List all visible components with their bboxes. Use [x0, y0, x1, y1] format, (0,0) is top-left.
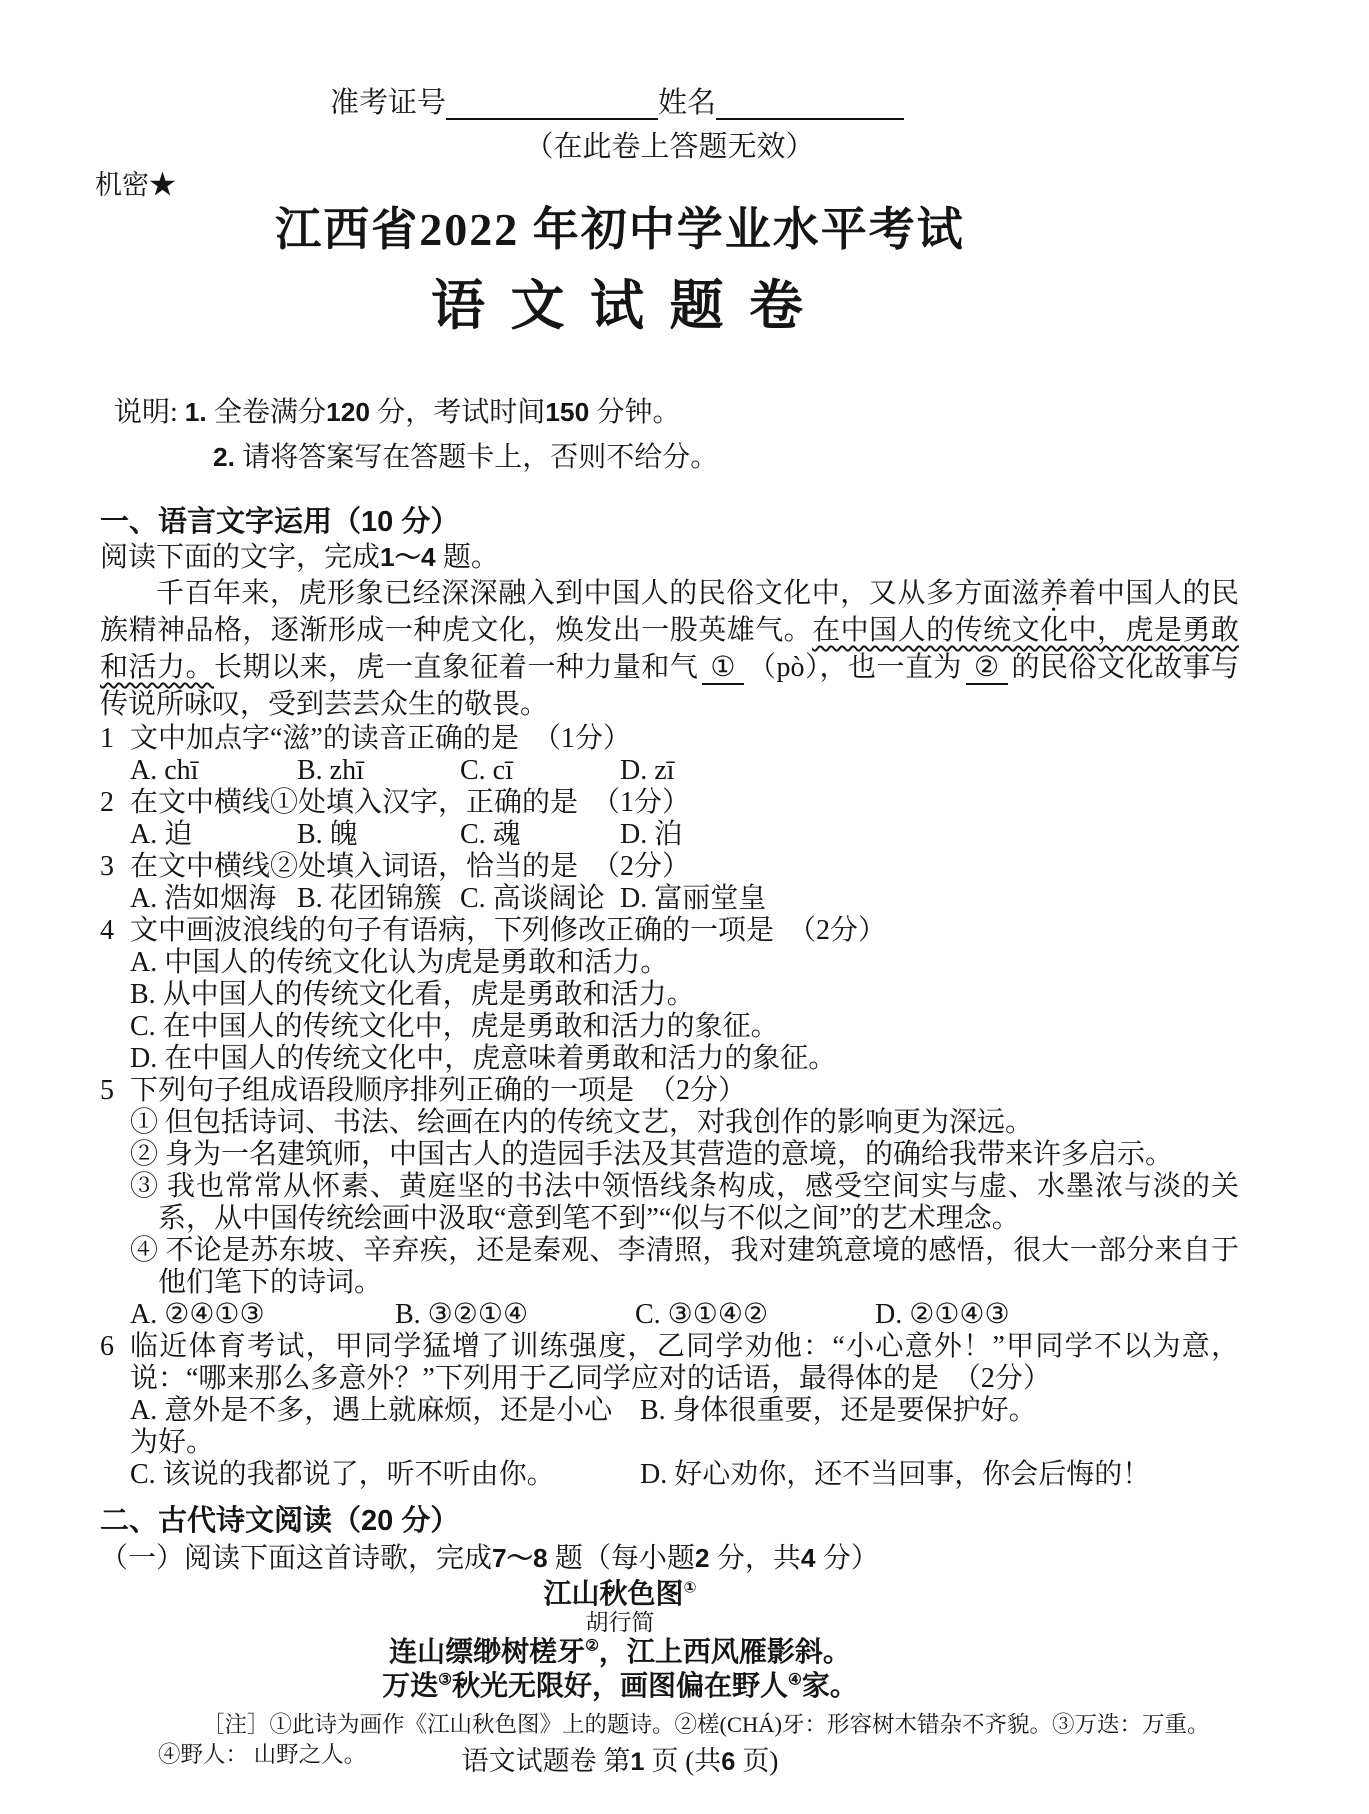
- admission-number-blank: [446, 86, 658, 120]
- name-label: 姓名: [658, 86, 716, 120]
- option-a: A. ②④①③: [130, 1299, 395, 1331]
- option-b: B. 花团锦簇: [297, 883, 460, 915]
- page-footer: 语文试题卷 第1 页 (共6 页): [100, 1745, 1140, 1778]
- question-1-stem: 文中加点字“滋”的读音正确的是 （1分）: [130, 723, 1239, 755]
- instruction-line-2: 2. 请将答案写在答题卡上，否则不给分。: [114, 435, 1239, 480]
- sentence-4: ④ 不论是苏东坡、辛弃疾，还是秦观、李清照，我对建筑意境的感悟，很大一部分来自于…: [130, 1235, 1239, 1299]
- option-c: C. 高谈阔论: [460, 883, 620, 915]
- option-b: B. 身体很重要，还是要保护好。: [640, 1395, 1239, 1459]
- option-c: C. 魂: [460, 819, 620, 851]
- poem-line-2: 万迭③秋光无限好，画图偏在野人④家。: [100, 1670, 1140, 1704]
- section2-subheading: （一）阅读下面这首诗歌，完成7～8 题（每小题2 分，共4 分）: [100, 1541, 1239, 1576]
- question-2-number: 2: [100, 787, 130, 819]
- poem-author: 胡行简: [100, 1610, 1140, 1636]
- question-1-number: 1: [100, 723, 130, 755]
- question-1: 1 文中加点字“滋”的读音正确的是 （1分） A. chī B. zhī C. …: [100, 723, 1239, 787]
- instructions-block: 说明: 1. 全卷满分120 分，考试时间150 分钟。 2. 请将答案写在答题…: [114, 390, 1239, 480]
- option-b: B. 从中国人的传统文化看，虎是勇敢和活力。: [130, 979, 1239, 1011]
- option-c: C. cī: [460, 755, 620, 787]
- sentence-1: ① 但包括诗词、书法、绘画在内的传统文艺，对我创作的影响更为深远。: [130, 1107, 1239, 1139]
- question-5-sentences: ① 但包括诗词、书法、绘画在内的传统文艺，对我创作的影响更为深远。 ② 身为一名…: [130, 1107, 1239, 1299]
- question-4: 4 文中画波浪线的句子有语病，下列修改正确的一项是 （2分） A. 中国人的传统…: [100, 915, 1239, 1075]
- option-c: C. 该说的我都说了，听不听由你。: [130, 1459, 640, 1491]
- option-b: B. ③②①④: [395, 1299, 635, 1331]
- question-2-options: A. 迫 B. 魄 C. 魂 D. 泊: [130, 819, 1239, 851]
- question-5-number: 5: [100, 1075, 130, 1107]
- option-d: D. ②①④③: [875, 1299, 1239, 1331]
- option-a: A. 迫: [130, 819, 297, 851]
- question-4-options: A. 中国人的传统文化认为虎是勇敢和活力。 B. 从中国人的传统文化看，虎是勇敢…: [130, 947, 1239, 1075]
- name-blank: [716, 86, 904, 120]
- invalid-note: （在此卷上答题无效）: [100, 130, 1239, 164]
- section1-heading: 一、语言文字运用（10 分）: [100, 504, 1239, 540]
- question-4-number: 4: [100, 915, 130, 947]
- section1-intro: 阅读下面的文字，完成1～4 题。: [100, 540, 1239, 575]
- option-b: B. 魄: [297, 819, 460, 851]
- question-4-stem: 文中画波浪线的句子有语病，下列修改正确的一项是 （2分）: [130, 915, 1239, 947]
- reading-passage: 千百年来，虎形象已经深深融入到中国人的民俗文化中，又从多方面滋养着中国人的民族精…: [100, 575, 1239, 723]
- exam-paper-page: 准考证号姓名 （在此卷上答题无效） 机密★ 江西省2022 年初中学业水平考试 …: [0, 0, 1369, 1814]
- admission-number-label: 准考证号: [330, 86, 446, 120]
- question-6-stem: 临近体育考试，甲同学猛增了训练强度，乙同学劝他：“小心意外！”甲同学不以为意，说…: [130, 1331, 1239, 1395]
- question-3: 3 在文中横线②处填入词语，恰当的是 （2分） A. 浩如烟海 B. 花团锦簇 …: [100, 851, 1239, 915]
- option-b: B. zhī: [297, 755, 460, 787]
- option-a: A. 中国人的传统文化认为虎是勇敢和活力。: [130, 947, 1239, 979]
- question-5-options: A. ②④①③ B. ③②①④ C. ③①④② D. ②①④③: [130, 1299, 1239, 1331]
- option-d: D. 好心劝你，还不当回事，你会后悔的！: [640, 1459, 1239, 1491]
- option-d: D. 富丽堂皇: [620, 883, 1239, 915]
- paper-title: 语 文 试 题 卷: [100, 274, 1140, 338]
- option-d: D. 泊: [620, 819, 1239, 851]
- option-a: A. 意外是不多，遇上就麻烦，还是小心为好。: [130, 1395, 640, 1459]
- confidential-mark: 机密★: [95, 170, 1239, 200]
- question-3-number: 3: [100, 851, 130, 883]
- sentence-2: ② 身为一名建筑师，中国古人的造园手法及其营造的意境，的确给我带来许多启示。: [130, 1139, 1239, 1171]
- header-fill-in-row: 准考证号姓名: [330, 86, 1239, 120]
- poem-line-1: 连山缥缈树槎牙②，江上西风雁影斜。: [100, 1636, 1140, 1670]
- sentence-3: ③ 我也常常从怀素、黄庭坚的书法中领悟线条构成，感受空间实与虚、水墨浓与淡的关系…: [130, 1171, 1239, 1235]
- option-c: C. ③①④②: [635, 1299, 875, 1331]
- option-d: D. 在中国人的传统文化中，虎意味着勇敢和活力的象征。: [130, 1043, 1239, 1075]
- question-2: 2 在文中横线①处填入汉字，正确的是 （1分） A. 迫 B. 魄 C. 魂 D…: [100, 787, 1239, 851]
- question-6-number: 6: [100, 1331, 130, 1395]
- question-6: 6 临近体育考试，甲同学猛增了训练强度，乙同学劝他：“小心意外！”甲同学不以为意…: [100, 1331, 1239, 1491]
- option-a: A. chī: [130, 755, 297, 787]
- section2-heading: 二、古代诗文阅读（20 分）: [100, 1503, 1239, 1539]
- instruction-line-1: 说明: 1. 全卷满分120 分，考试时间150 分钟。: [114, 390, 1239, 435]
- question-2-stem: 在文中横线①处填入汉字，正确的是 （1分）: [130, 787, 1239, 819]
- option-d: D. zī: [620, 755, 1239, 787]
- poem-title: 江山秋色图①: [100, 1580, 1140, 1608]
- question-6-options: A. 意外是不多，遇上就麻烦，还是小心为好。 B. 身体很重要，还是要保护好。 …: [130, 1395, 1239, 1491]
- question-3-options: A. 浩如烟海 B. 花团锦簇 C. 高谈阔论 D. 富丽堂皇: [130, 883, 1239, 915]
- option-a: A. 浩如烟海: [130, 883, 297, 915]
- question-5: 5 下列句子组成语段顺序排列正确的一项是 （2分） ① 但包括诗词、书法、绘画在…: [100, 1075, 1239, 1331]
- poem-note-line-1: ［注］①此诗为画作《江山秋色图》上的题诗。②槎(CHÁ)牙：形容树木错杂不齐貌。…: [100, 1710, 1239, 1740]
- exam-title: 江西省2022 年初中学业水平考试: [100, 202, 1140, 258]
- question-3-stem: 在文中横线②处填入词语，恰当的是 （2分）: [130, 851, 1239, 883]
- question-5-stem: 下列句子组成语段顺序排列正确的一项是 （2分）: [130, 1075, 1239, 1107]
- option-c: C. 在中国人的传统文化中，虎是勇敢和活力的象征。: [130, 1011, 1239, 1043]
- question-1-options: A. chī B. zhī C. cī D. zī: [130, 755, 1239, 787]
